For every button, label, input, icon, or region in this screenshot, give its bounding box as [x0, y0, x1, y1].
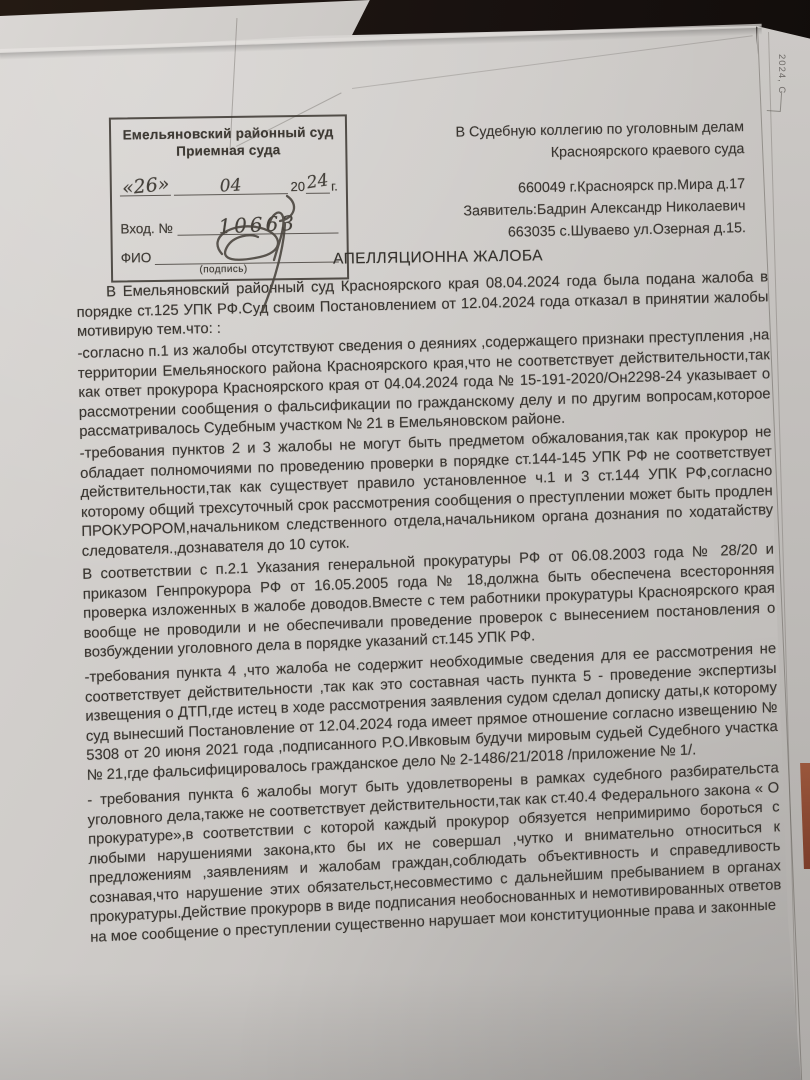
- paper-corner-mark: [767, 90, 782, 112]
- stamp-court-name: Емельяновский районный суд: [119, 123, 337, 143]
- signature-scribble: [192, 190, 342, 320]
- stamp-office-name: Приемная суда: [119, 140, 337, 160]
- body-paragraph: - требования пункта 6 жалобы могут быть …: [87, 759, 782, 948]
- stamp-fio-label: ФИО: [121, 250, 152, 265]
- addressee-block: В Судебную коллегию по уголовным делам К…: [442, 116, 746, 245]
- photo-of-document: 2024, С Емельяновский районный суд Прием…: [0, 0, 810, 1080]
- document-body: В Емельяновский районный суд Красноярско…: [76, 269, 782, 947]
- stamp-entry-label: Вход. №: [120, 221, 173, 237]
- side-sheet-label: 2024, С: [776, 54, 787, 94]
- body-paragraph: -требования пунктов 2 и 3 жалобы не могу…: [80, 423, 774, 562]
- handwritten-day: «26»: [121, 173, 170, 200]
- body-paragraph: -согласно п.1 из жалобы отсутствуют свед…: [77, 326, 771, 442]
